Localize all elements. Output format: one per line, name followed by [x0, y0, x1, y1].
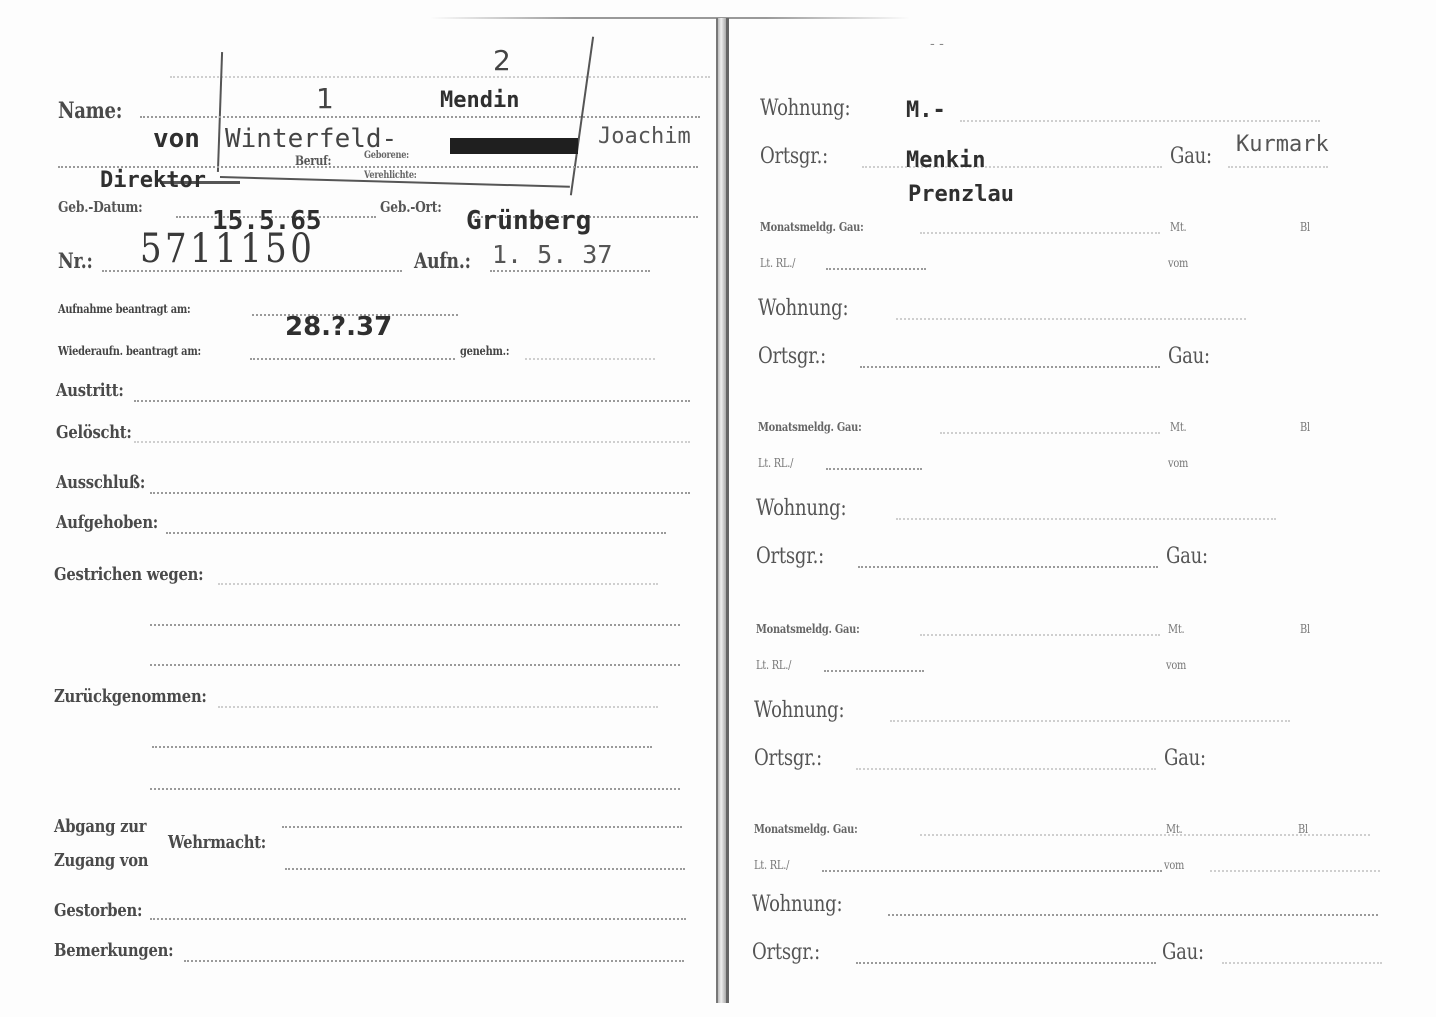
wohnung-fill-line [896, 318, 1246, 320]
card-fold-binding [716, 18, 729, 1003]
bl-label: Bl [1300, 622, 1310, 636]
bl-label: Bl [1300, 220, 1310, 234]
vom-fill-line [1210, 870, 1380, 872]
lt-rl-label: Lt. RL./ [760, 256, 795, 270]
gau-label: Gau: [1170, 144, 1212, 169]
zugang-label: Zugang von [54, 850, 148, 871]
wohnung-label: Wohnung: [752, 892, 842, 917]
name-given: Joachim [598, 124, 691, 149]
nr-label: Nr.: [58, 248, 93, 273]
membership-number: 5711150 [140, 226, 315, 272]
name-prefix: von [153, 124, 200, 154]
monatsmeldg-fill-line [940, 432, 1160, 434]
geborene-label: Geborene: [364, 150, 409, 161]
geb-ort-value: Grünberg [466, 206, 591, 236]
wohnung-fill-line [890, 720, 1290, 722]
wiederaufn-fill-line [250, 358, 455, 360]
monatsmeldg-fill-line [920, 634, 1160, 636]
mt-label: Mt. [1168, 622, 1184, 636]
monatsmeldg-label: Monatsmeldg. Gau: [758, 420, 861, 434]
aufgehoben-fill-line [166, 532, 666, 534]
monatsmeldg-label: Monatsmeldg. Gau: [754, 822, 857, 836]
monatsmeldg-label: Monatsmeldg. Gau: [760, 220, 863, 234]
zurueckgenommen-label: Zurückgenommen: [54, 686, 207, 707]
gestrichen-fill-line-3 [150, 664, 680, 666]
gestrichen-label: Gestrichen wegen: [54, 564, 203, 585]
redacted-surname-part [450, 138, 578, 154]
gau-value: Kurmark [1236, 132, 1329, 157]
ortsgr-label: Ortsgr.: [760, 144, 828, 169]
wohnung-label: Wohnung: [758, 296, 848, 321]
bemerkungen-fill-line [184, 960, 684, 962]
ausschluss-fill-line [150, 492, 690, 494]
aufn-fill-line [490, 270, 650, 272]
verehlichte-label: Verehlichte: [364, 170, 417, 181]
top-fill-line [170, 76, 710, 78]
ortsgr-fill-line [860, 366, 1160, 368]
zurueckgenommen-fill-line-2 [152, 746, 652, 748]
abgang-label: Abgang zur [54, 816, 146, 837]
top-mark: - - [930, 36, 944, 52]
gestrichen-fill-line-2 [150, 624, 680, 626]
ausschluss-label: Ausschluß: [56, 472, 145, 493]
zugang-fill-line [285, 868, 685, 870]
zurueckgenommen-fill-line-1 [218, 706, 658, 708]
wohnung-label: Wohnung: [754, 698, 844, 723]
name-stamp-place: Mendin [440, 88, 519, 113]
bl-label: Bl [1300, 420, 1310, 434]
gestorben-fill-line [150, 918, 686, 920]
lt-rl-fill-line [822, 870, 1162, 872]
austritt-label: Austritt: [56, 380, 124, 401]
ortsgr-fill-line [856, 768, 1156, 770]
aufgehoben-label: Aufgehoben: [56, 512, 158, 533]
gestrichen-fill-line-1 [218, 583, 658, 585]
gau-label: Gau: [1166, 544, 1208, 569]
geloescht-fill-line [134, 441, 690, 443]
aufnahme-beantragt-label: Aufnahme beantragt am: [58, 302, 190, 316]
handwritten-mark-1: 1 [316, 82, 334, 115]
name-fill-line [140, 116, 700, 118]
aufn-label: Aufn.: [414, 248, 471, 273]
membership-card-scan: 2 1 Name: Mendin von Winterfeld- Joachim… [0, 0, 1436, 1017]
top-edge-line [430, 17, 910, 19]
ortsgr-label: Ortsgr.: [752, 940, 820, 965]
gau-fill-line [1222, 962, 1382, 964]
ortsgr-fill-line [858, 566, 1158, 568]
geb-datum-label: Geb.-Datum: [58, 198, 142, 216]
gau-fill-line [1228, 166, 1328, 168]
ortsgr-label: Ortsgr.: [754, 746, 822, 771]
vom-label: vom [1168, 256, 1188, 270]
name-label: Name: [58, 98, 122, 124]
ortsgr-fill-line [856, 962, 1156, 964]
wehrmacht-label: Wehrmacht: [168, 832, 266, 853]
beruf-label: Beruf: [295, 154, 331, 169]
wiederaufn-label: Wiederaufn. beantragt am: [58, 344, 201, 358]
lt-rl-label: Lt. RL./ [756, 658, 791, 672]
genehm-fill-line [525, 358, 655, 360]
gau-label: Gau: [1162, 940, 1204, 965]
genehm-label: genehm.: [460, 344, 509, 358]
wohnung-fill-line [960, 120, 1320, 122]
monatsmeldg-fill-line [920, 232, 1160, 234]
handwritten-mark-2: 2 [493, 44, 511, 77]
aufn-date: 1. 5. 37 [492, 240, 612, 269]
abgang-fill-line [282, 826, 682, 828]
zurueckgenommen-fill-line-3 [150, 788, 680, 790]
lt-rl-fill-line [824, 670, 924, 672]
occupation-value: Direktor [100, 168, 206, 193]
stamp-frame-left [217, 52, 223, 172]
mt-label: Mt. [1166, 822, 1182, 836]
gau-label: Gau: [1168, 344, 1210, 369]
ortsgr-label: Ortsgr.: [758, 344, 826, 369]
vom-label: vom [1168, 456, 1188, 470]
vom-label: vom [1164, 858, 1184, 872]
ortsgr-value-2: Prenzlau [908, 182, 1014, 207]
geb-ort-label: Geb.-Ort: [380, 198, 442, 216]
mt-label: Mt. [1170, 420, 1186, 434]
bemerkungen-label: Bemerkungen: [54, 940, 173, 961]
ortsgr-value: Menkin [906, 148, 985, 173]
monatsmeldg-label: Monatsmeldg. Gau: [756, 622, 859, 636]
bl-label: Bl [1298, 822, 1308, 836]
wohnung-value: M.- [906, 98, 946, 123]
wohnung-label: Wohnung: [760, 96, 850, 121]
gau-label: Gau: [1164, 746, 1206, 771]
wohnung-fill-line [896, 518, 1276, 520]
lt-rl-fill-line [826, 268, 926, 270]
geloescht-label: Gelöscht: [56, 422, 132, 443]
aufnahme-beantragt-date: 28.?.37 [285, 312, 392, 342]
lt-rl-fill-line [826, 468, 922, 470]
vom-label: vom [1166, 658, 1186, 672]
gestorben-label: Gestorben: [54, 900, 142, 921]
wohnung-label: Wohnung: [756, 496, 846, 521]
wohnung-fill-line [888, 914, 1378, 916]
lt-rl-label: Lt. RL./ [754, 858, 789, 872]
ortsgr-label: Ortsgr.: [756, 544, 824, 569]
austritt-fill-line [134, 400, 690, 402]
mt-label: Mt. [1170, 220, 1186, 234]
lt-rl-label: Lt. RL./ [758, 456, 793, 470]
